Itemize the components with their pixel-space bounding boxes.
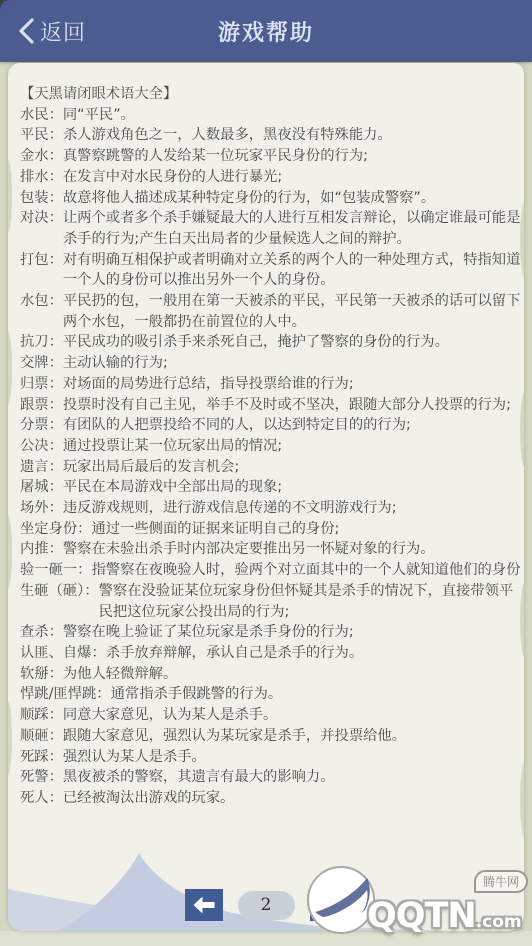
entry-term: 验一砸一： [20,560,91,581]
glossary-entry: 生砸（砸）： 警察在没验证某位玩家身份但怀疑其是杀手的情况下，直接带领平民把这位… [20,581,522,622]
glossary-entry: 查杀： 警察在晚上验证了某位玩家是杀手身份的行为; [20,622,522,643]
entry-definition: 同意大家意见，认为某人是杀手。 [63,705,522,726]
entry-term: 软掰： [20,664,63,685]
entry-term: 分票： [20,415,63,436]
entry-definition: 强烈认为某人是杀手。 [63,747,522,768]
glossary-entry: 死人： 已经被淘汰出游戏的玩家。 [20,788,522,809]
glossary-content: 【天黑请闭眼术语大全】 水民： 同“平民”。 平民： 杀人游戏角色之一，人数最多… [8,63,524,809]
entry-term: 金水： [20,146,63,167]
entry-term: 平民： [20,125,63,146]
entry-definition: 平民在本局游戏中全部出局的现象; [63,477,522,498]
arrow-left-icon [192,895,216,915]
entry-term: 遗言： [20,457,63,478]
entry-term: 包装： [20,188,63,209]
glossary-entry: 包装： 故意将他人描述成某种特定身份的行为，如“包装成警察”。 [20,188,522,209]
glossary-entry: 死踩： 强烈认为某人是杀手。 [20,747,522,768]
entry-term: 归票： [20,374,63,395]
glossary-entry: 归票： 对场面的局势进行总结，指导投票给谁的行为; [20,374,522,395]
chevron-left-icon [18,18,34,44]
glossary-entry: 水包： 平民扔的包，一般用在第一天被杀的平民，平民第一天被杀的话可以留下两个水包… [20,291,522,332]
pagination-bar: 2 [8,885,524,925]
entry-term: 抗刀： [20,332,63,353]
paper-edge-notch [520,203,524,277]
entry-term: 内推： [20,539,63,560]
glossary-entry: 金水： 真警察跳警的人发给某一位玩家平民身份的行为; [20,146,522,167]
glossary-entry: 平民： 杀人游戏角色之一，人数最多，黑夜没有特殊能力。 [20,125,522,146]
glossary-entry: 分票： 有团队的人把票投给不同的人，以达到特定目的的行为; [20,415,522,436]
glossary-entry: 交牌： 主动认输的行为; [20,353,522,374]
glossary-entry: 场外： 违反游戏规则，进行游戏信息传递的不文明游戏行为; [20,498,522,519]
glossary-entry: 坐定身份： 通过一些侧面的证据来证明自己的身份; [20,519,522,540]
entry-definition: 杀手放弃辩解，承认自己是杀手的行为。 [106,643,522,664]
entry-term: 死踩： [20,747,63,768]
app-screen: 返回 游戏帮助 【天黑请闭眼术语大全】 水民： 同“平民”。 [0,0,532,946]
back-button-label: 返回 [40,16,86,47]
entry-term: 水民： [20,105,63,126]
entry-definition: 已经被淘汰出游戏的玩家。 [63,788,522,809]
glossary-entry: 公决： 通过投票让某一位玩家出局的情况; [20,436,522,457]
entry-definition: 玩家出局后最后的发言机会; [63,457,522,478]
entry-term: 死警： [20,767,63,788]
paper-edge-notch [520,583,524,657]
entry-term: 排水： [20,167,63,188]
entry-definition: 真警察跳警的人发给某一位玩家平民身份的行为; [63,146,522,167]
help-paper: 【天黑请闭眼术语大全】 水民： 同“平民”。 平民： 杀人游戏角色之一，人数最多… [8,63,524,931]
glossary-entry: 对决： 让两个或者多个杀手嫌疑最大的人进行互相发言辩论，以确定谁最可能是杀手的行… [20,208,522,249]
entry-definition: 为他人轻微辩解。 [63,664,522,685]
entry-definition: 同“平民”。 [63,105,522,126]
glossary-entry: 认匪、自爆： 杀手放弃辩解，承认自己是杀手的行为。 [20,643,522,664]
entry-definition: 通过投票让某一位玩家出局的情况; [63,436,522,457]
entry-definition: 警察在没验证某位玩家身份但怀疑其是杀手的情况下，直接带领平民把这位玩家公投出局的… [99,581,522,622]
back-button[interactable]: 返回 [18,0,86,62]
glossary-entry: 排水： 在发言中对水民身份的人进行暴光; [20,167,522,188]
entry-term: 顺砸： [20,726,63,747]
entry-term: 公决： [20,436,63,457]
entry-definition: 违反游戏规则，进行游戏信息传递的不文明游戏行为; [63,498,522,519]
glossary-entry: 死警： 黑夜被杀的警察，其遗言有最大的影响力。 [20,767,522,788]
glossary-entry: 屠城： 平民在本局游戏中全部出局的现象; [20,477,522,498]
entry-definition: 主动认输的行为; [63,353,522,374]
entry-definition: 对场面的局势进行总结，指导投票给谁的行为; [63,374,522,395]
page-number-pill: 2 [238,891,295,920]
entry-term: 对决： [20,208,63,229]
glossary-entry: 悍跳/匪悍跳： 通常指杀手假跳警的行为。 [20,684,522,705]
glossary-entry: 打包： 对有明确互相保护或者明确对立关系的两个人的一种处理方式，特指知道一个人的… [20,250,522,291]
entry-definition: 警察在未验出杀手时内部决定要推出另一怀疑对象的行为。 [63,539,522,560]
paper-edge-notch [520,393,524,467]
glossary-title: 【天黑请闭眼术语大全】 [20,84,522,105]
entry-term: 悍跳/匪悍跳： [20,684,111,705]
glossary-entry: 内推： 警察在未验出杀手时内部决定要推出另一怀疑对象的行为。 [20,539,522,560]
glossary-entry: 抗刀： 平民成功的吸引杀手来杀死自己，掩护了警察的身份的行为。 [20,332,522,353]
entry-term: 水包： [20,291,63,312]
entry-definition: 警察在晚上验证了某位玩家是杀手身份的行为; [63,622,522,643]
entry-term: 屠城： [20,477,63,498]
entry-definition: 在发言中对水民身份的人进行暴光; [63,167,522,188]
entry-term: 打包： [20,250,63,271]
entry-term: 坐定身份： [20,519,91,540]
entry-term: 场外： [20,498,63,519]
entry-definition: 通常指杀手假跳警的行为。 [111,684,522,705]
entry-term: 交牌： [20,353,63,374]
entry-definition: 黑夜被杀的警察，其遗言有最大的影响力。 [63,767,522,788]
glossary-entry: 遗言： 玩家出局后最后的发言机会; [20,457,522,478]
entry-definition: 平民扔的包，一般用在第一天被杀的平民，平民第一天被杀的话可以留下两个水包，一般都… [63,291,522,332]
glossary-entry: 验一砸一： 指警察在夜晚验人时，验两个对立面其中的一个人就知道他们的身份 [20,560,522,581]
bottom-strip [0,931,532,946]
next-page-button[interactable] [310,889,348,921]
entry-definition: 对有明确互相保护或者明确对立关系的两个人的一种处理方式，特指知道一个人的身份可以… [63,250,522,291]
entry-definition: 跟随大家意见，强烈认为某玩家是杀手，并投票给他。 [63,726,522,747]
entry-term: 跟票： [20,395,63,416]
glossary-entry: 水民： 同“平民”。 [20,105,522,126]
entry-term: 生砸（砸）： [20,581,99,602]
prev-page-button[interactable] [185,889,223,921]
glossary-entry: 跟票： 投票时没有自己主见，举手不及时或不坚决，跟随大部分人投票的行为; [20,395,522,416]
entry-term: 查杀： [20,622,63,643]
entry-definition: 指警察在夜晚验人时，验两个对立面其中的一个人就知道他们的身份 [91,560,522,581]
glossary-entry: 软掰： 为他人轻微辩解。 [20,664,522,685]
entry-term: 死人： [20,788,63,809]
entry-definition: 故意将他人描述成某种特定身份的行为，如“包装成警察”。 [63,188,522,209]
entry-definition: 有团队的人把票投给不同的人，以达到特定目的的行为; [63,415,522,436]
entry-term: 顺踩： [20,705,63,726]
arrow-right-icon [317,895,341,915]
paper-edge-notch [520,763,524,837]
entry-definition: 投票时没有自己主见，举手不及时或不坚决，跟随大部分人投票的行为; [63,395,522,416]
entry-definition: 让两个或者多个杀手嫌疑最大的人进行互相发言辩论，以确定谁最可能是杀手的行为;产生… [63,208,522,249]
glossary-entry: 顺砸： 跟随大家意见，强烈认为某玩家是杀手，并投票给他。 [20,726,522,747]
entry-definition: 平民成功的吸引杀手来杀死自己，掩护了警察的身份的行为。 [63,332,522,353]
entry-definition: 杀人游戏角色之一，人数最多，黑夜没有特殊能力。 [63,125,522,146]
page-title: 游戏帮助 [218,16,314,47]
entry-term: 认匪、自爆： [20,643,106,664]
header-bar: 返回 游戏帮助 [0,0,532,62]
entry-definition: 通过一些侧面的证据来证明自己的身份; [91,519,522,540]
glossary-entry: 顺踩： 同意大家意见，认为某人是杀手。 [20,705,522,726]
glossary-list: 水民： 同“平民”。 平民： 杀人游戏角色之一，人数最多，黑夜没有特殊能力。 金… [20,105,522,809]
